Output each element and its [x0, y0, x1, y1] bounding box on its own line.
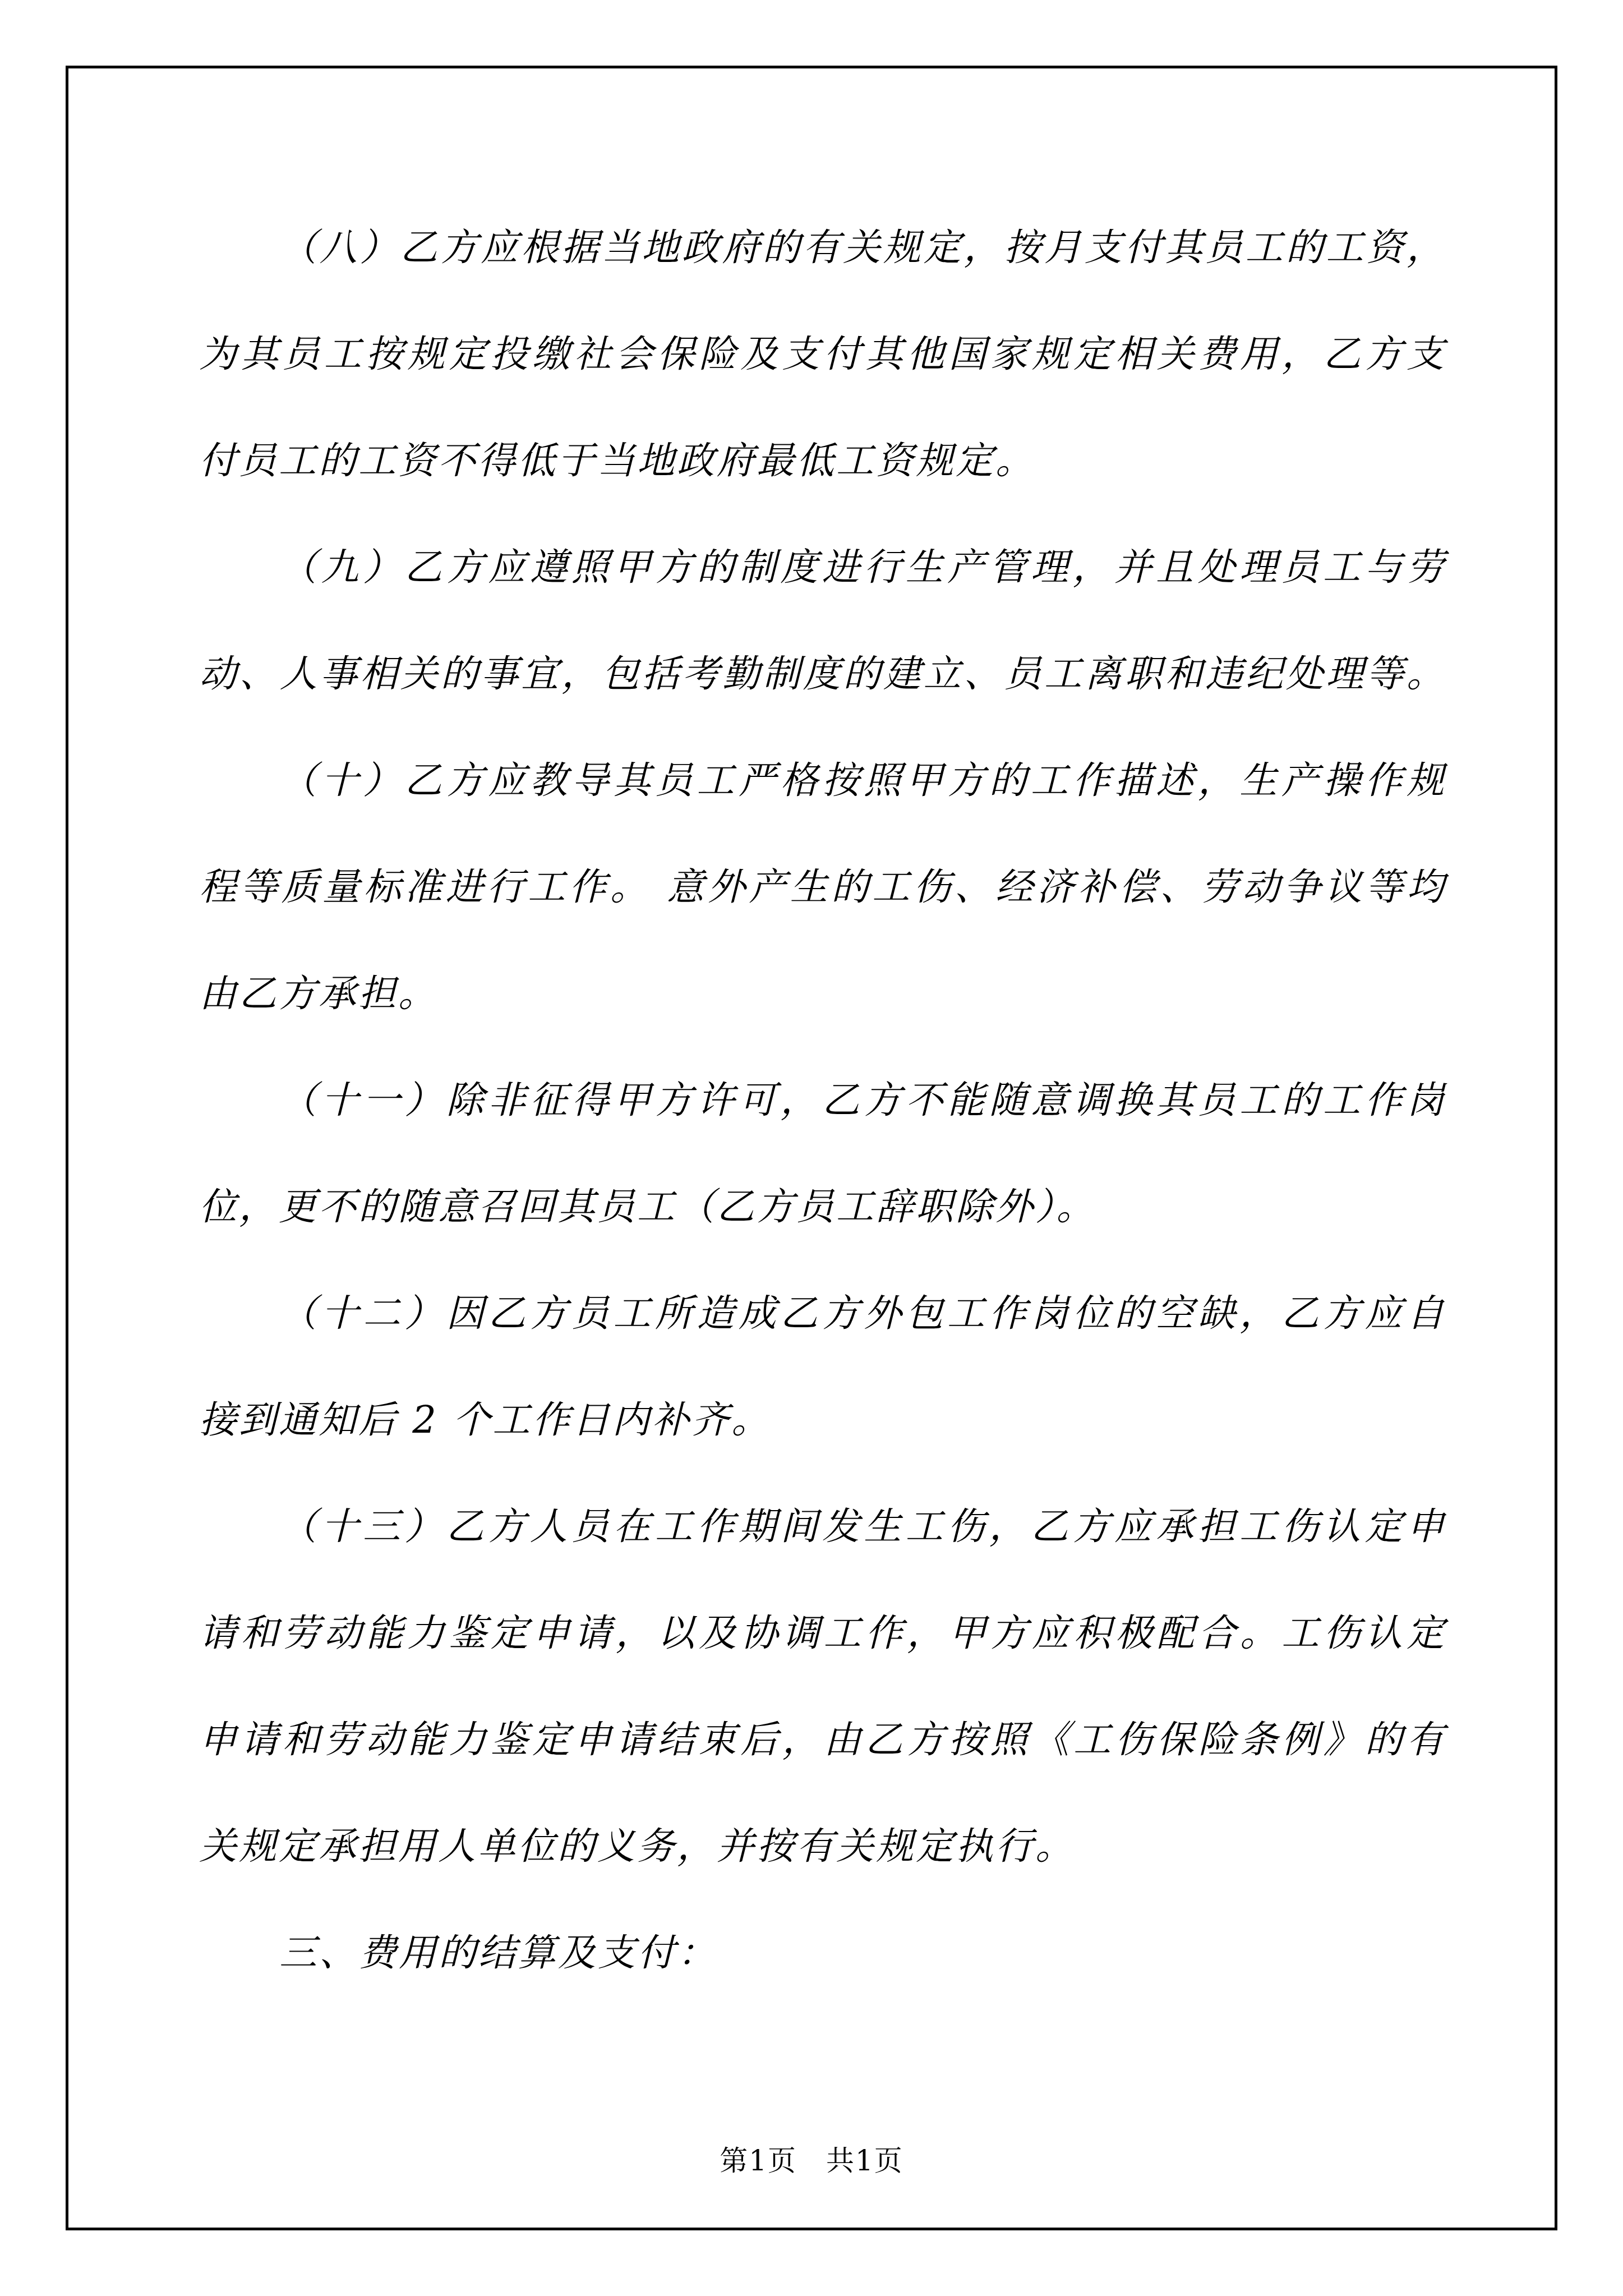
contract-document-page: （八）乙方应根据当地政府的有关规定，按月支付其员工的工资， 为其员工按规定投缴社… [0, 0, 1623, 2296]
body-line: 关规定承担用人单位的义务，并按有关规定执行。 [199, 1793, 1446, 1899]
body-line: （十二）因乙方员工所造成乙方外包工作岗位的空缺，乙方应自 [199, 1260, 1446, 1366]
body-line: 接到通知后 2 个工作日内补齐。 [199, 1366, 1446, 1473]
body-line: 位，更不的随意召回其员工（乙方员工辞职除外）。 [199, 1153, 1446, 1260]
body-line: 付员工的工资不得低于当地政府最低工资规定。 [199, 407, 1446, 514]
body-line: 由乙方承担。 [199, 940, 1446, 1047]
body-line: （八）乙方应根据当地政府的有关规定，按月支付其员工的工资， [199, 194, 1446, 301]
body-line: （十三）乙方人员在工作期间发生工伤，乙方应承担工伤认定申 [199, 1473, 1446, 1580]
body-line: 请和劳动能力鉴定申请，以及协调工作，甲方应积极配合。工伤认定 [199, 1580, 1446, 1686]
body-line: 三、费用的结算及支付： [199, 1899, 1446, 2006]
page-number: 第1页 共1页 [0, 2144, 1623, 2178]
document-body: （八）乙方应根据当地政府的有关规定，按月支付其员工的工资， 为其员工按规定投缴社… [199, 194, 1446, 2006]
body-line: （十一）除非征得甲方许可，乙方不能随意调换其员工的工作岗 [199, 1047, 1446, 1153]
body-line: 为其员工按规定投缴社会保险及支付其他国家规定相关费用，乙方支 [199, 301, 1446, 407]
body-line: （十）乙方应教导其员工严格按照甲方的工作描述，生产操作规 [199, 727, 1446, 834]
body-line: （九）乙方应遵照甲方的制度进行生产管理，并且处理员工与劳 [199, 514, 1446, 620]
body-line: 申请和劳动能力鉴定申请结束后，由乙方按照《工伤保险条例》的有 [199, 1686, 1446, 1793]
body-line: 动、人事相关的事宜，包括考勤制度的建立、员工离职和违纪处理等。 [199, 620, 1446, 727]
body-line: 程等质量标准进行工作。 意外产生的工伤、经济补偿、劳动争议等均 [199, 834, 1446, 940]
